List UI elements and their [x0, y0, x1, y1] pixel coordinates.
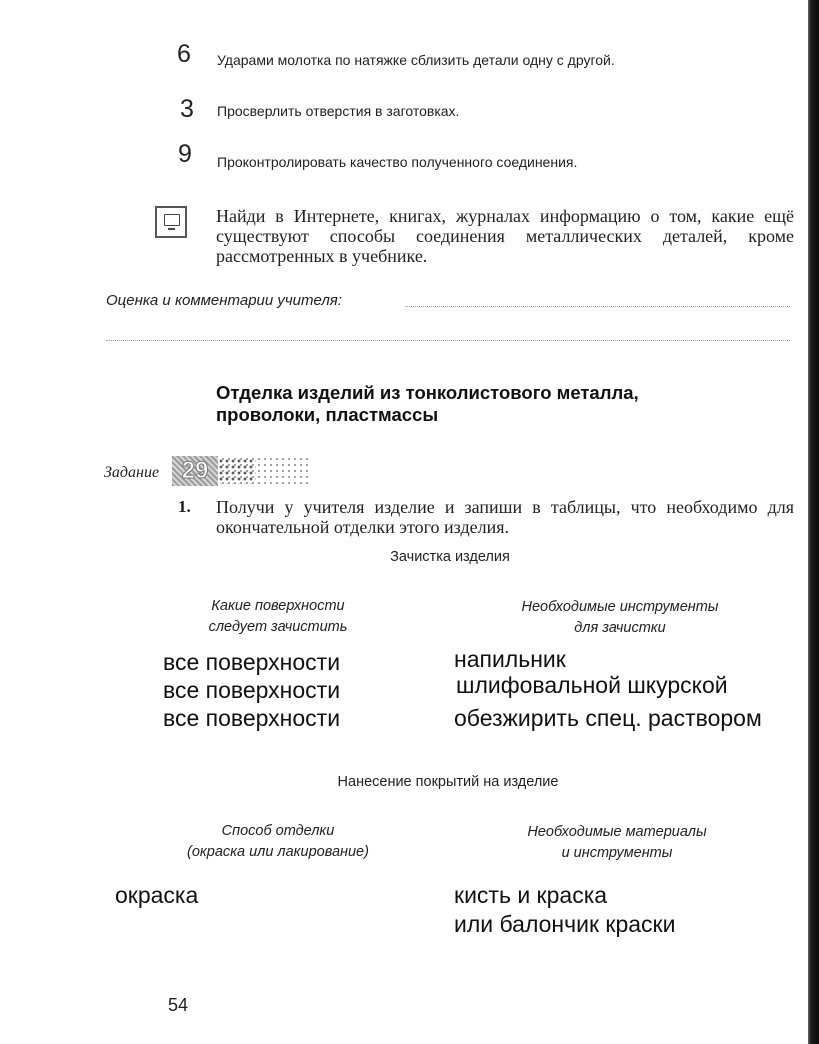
step-number: 3: [180, 95, 194, 124]
section-title-line-2: проволоки, пластмассы: [216, 404, 639, 426]
cleaning-col2-header-line-1: Необходимые инструменты: [480, 597, 760, 618]
cleaning-col2-header: Необходимые инструменты для зачистки: [480, 597, 760, 639]
scan-border: [808, 0, 819, 1044]
step-number: 6: [177, 40, 191, 69]
task-number-badge: 29: [172, 456, 308, 486]
step-number: 9: [178, 140, 192, 169]
coating-table-heading: Нанесение покрытий на изделие: [298, 774, 598, 790]
cleaning-col2-header-line-2: для зачистки: [480, 618, 760, 639]
teacher-comment-line-2: [106, 340, 790, 341]
cleaning-col1-header-line-2: следует зачистить: [168, 617, 388, 638]
task-number: 29: [182, 457, 209, 485]
section-title-line-1: Отделка изделий из тонколистового металл…: [216, 382, 639, 404]
cleaning-surface-cell[interactable]: все поверхности: [163, 648, 340, 676]
coating-col1-header-line-2: (окраска или лакирование): [148, 842, 408, 863]
cleaning-col1-header: Какие поверхности следует зачистить: [168, 596, 388, 638]
step-text: Просверлить отверстия в заготовках.: [217, 103, 459, 119]
cleaning-surface-cell[interactable]: все поверхности: [163, 676, 340, 704]
step-text: Проконтролировать качество полученного с…: [217, 154, 577, 170]
item-number: 1.: [178, 497, 191, 517]
section-title: Отделка изделий из тонколистового металл…: [216, 382, 639, 426]
coating-method-cell[interactable]: окраска: [115, 881, 198, 909]
task-label: Задание: [104, 464, 159, 482]
coating-materials-cell-line-2[interactable]: или балончик краски: [454, 910, 675, 938]
step-text: Ударами молотка по натяжке сблизить дета…: [217, 52, 615, 68]
page-number: 54: [168, 995, 188, 1016]
coating-col1-header: Способ отделки (окраска или лакирование): [148, 821, 408, 863]
computer-monitor-icon: [155, 206, 187, 238]
task-instruction: Получи у учителя изделие и запиши в табл…: [216, 497, 794, 537]
cleaning-tool-cell[interactable]: обезжирить спец. раствором: [454, 704, 762, 732]
cleaning-tool-cell[interactable]: напильник: [454, 645, 566, 673]
research-note-text: Найди в Интернете, книгах, журналах инфо…: [216, 206, 794, 266]
teacher-comment-line-1: [405, 306, 790, 307]
teacher-comment-label: Оценка и комментарии учителя:: [106, 292, 342, 309]
coating-materials-cell-line-1[interactable]: кисть и краска: [454, 881, 607, 909]
coating-col2-header-line-1: Необходимые материалы: [492, 822, 742, 843]
cleaning-tool-cell[interactable]: шлифовальной шкурской: [456, 671, 728, 699]
coating-col2-header-line-2: и инструменты: [492, 843, 742, 864]
cleaning-col1-header-line-1: Какие поверхности: [168, 596, 388, 617]
cleaning-table-heading: Зачистка изделия: [330, 549, 570, 565]
cleaning-surface-cell[interactable]: все поверхности: [163, 704, 340, 732]
coating-col1-header-line-1: Способ отделки: [148, 821, 408, 842]
coating-col2-header: Необходимые материалы и инструменты: [492, 822, 742, 864]
